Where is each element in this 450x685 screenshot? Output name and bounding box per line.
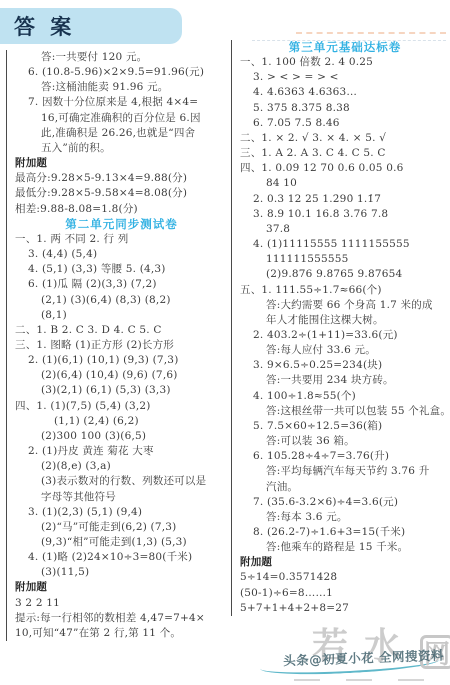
answer-line: 16,可确定准确积的百分位是 6.因: [15, 111, 228, 126]
answer-line: 84 10: [240, 176, 450, 191]
answer-line: 7. 因数十分位原来是 4,根据 4×4=: [15, 95, 228, 110]
watermark-ticks: [294, 679, 424, 681]
answers-column-right: 第三单元基础达标卷一、1. 100 倍数 2. 4 0.253. > < > =…: [231, 40, 450, 616]
answer-line: 二、1. × 2. √ 3. × 4. × 5. √: [240, 131, 450, 146]
answer-page: 答 案 答:一共要付 120 元。6. (10.8-5.96)×2×9.5=91…: [0, 0, 450, 685]
answer-line: 3. (1)(2,3) (5,1) (9,4): [15, 505, 228, 520]
answer-line: 三、1. 图略 (1)正方形 (2)长方形: [15, 338, 228, 353]
answer-line: 答:每人应付 33.6 元。: [240, 343, 450, 358]
answer-line: (8,1): [15, 308, 228, 323]
answer-line: 6. (10.8-5.96)×2×9.5=91.96(元): [15, 65, 228, 80]
answer-line: 最低分:9.28×5-9.58×4=8.08(分): [15, 186, 228, 201]
answer-line: 一、1. 100 倍数 2. 4 0.25: [240, 55, 450, 70]
answer-line: 五、1. 111.55÷1.7≈66(个): [240, 283, 450, 298]
answer-line: (2)“马”可能走到(6,2) (7,3): [15, 520, 228, 535]
answer-line: 答:大约需要 66 个身高 1.7 米的成: [240, 298, 450, 313]
answer-line: 4. (1)11115555 1111155555: [240, 237, 450, 252]
answer-line: 3. 8.9 10.1 16.8 3.76 7.8: [240, 207, 450, 222]
answer-line: 6. 105.28÷4÷7=3.76(升): [240, 449, 450, 464]
answer-line: (2)300 100 (3)(6,5): [15, 429, 228, 444]
answer-line: 6. (1)瓜 隔 (2)(3,3) (7,2): [15, 277, 228, 292]
page-title-banner: 答 案: [0, 8, 182, 44]
answer-line: 3 2 2 11: [15, 596, 228, 611]
answer-line: 5÷14=0.3̇571428̇: [240, 570, 450, 585]
answer-line: (3)(2,1) (6,1) (5,3) (3,3): [15, 383, 228, 398]
bonus-section-label: 附加题: [15, 156, 228, 171]
answer-line: 四、1. (1)(7,5) (5,4) (3,2): [15, 399, 228, 414]
answer-line: 答:平均每辆汽车每天节约 3.76 升: [240, 464, 450, 479]
answer-line: 年人才能围住这棵大树。: [240, 313, 450, 328]
answer-line: 答:每本 3.6 元。: [240, 510, 450, 525]
answer-line: 111111555555: [240, 252, 450, 267]
bonus-section-label: 附加题: [240, 555, 450, 570]
answer-line: (9,3)“相”可能走到(1,3) (5,3): [15, 535, 228, 550]
page-title: 答 案: [0, 11, 75, 41]
answer-line: 2. 0.3 12 25 1.2̇90̇ 1.1̇7̇: [240, 192, 450, 207]
answer-line: 8. (26.2-7)÷1.6+3=15(千米): [240, 525, 450, 540]
section-heading: 第二单元同步测试卷: [15, 217, 228, 232]
answer-line: 四、1. 0.09 12 70 0.6 0.05 0.6: [240, 161, 450, 176]
decorative-dash-line: [296, 32, 446, 34]
answer-line: 五入”前的积。: [15, 141, 228, 156]
answer-line: 此,准确积是 26.26,也就是“四舍: [15, 126, 228, 141]
bonus-section-label: 附加题: [15, 580, 228, 595]
answer-line: 答:这根丝带一共可以包装 55 个礼盒。: [240, 404, 450, 419]
answer-line: 字母等其他符号: [15, 490, 228, 505]
answer-line: 三、1. A 2. A 3. C 4. C 5. C: [240, 146, 450, 161]
answer-line: 提示:每一行相邻的数相差 4,47=7+4×: [15, 611, 228, 626]
answer-line: 汽油。: [240, 480, 450, 495]
answer-line: 4. 4.6363 4.6363…: [240, 85, 450, 100]
answer-line: 4. (5,1) (3,3) 等腰 5. (4,3): [15, 262, 228, 277]
answer-line: 3. (4,4) (5,4): [15, 247, 228, 262]
answer-line: 二、1. B 2. C 3. D 4. C 5. C: [15, 323, 228, 338]
answer-line: 5. 7.5×60÷12.5=36(箱): [240, 419, 450, 434]
answer-line: 4. (1)略 (2)24×10÷3=80(千米): [15, 550, 228, 565]
answer-line: 2. 403.2÷(1+11)=33.6(元): [240, 328, 450, 343]
answer-line: (2,1) (3)(6,4) (8,3) (8,2): [15, 293, 228, 308]
answers-column-left: 答:一共要付 120 元。6. (10.8-5.96)×2×9.5=91.96(…: [6, 50, 228, 641]
answer-line: 答:可以装 36 箱。: [240, 434, 450, 449]
answer-line: 最高分:9.28×5-9.13×4=9.88(分): [15, 171, 228, 186]
answer-line: (1,1) (2,4) (6,2): [15, 414, 228, 429]
answer-line: 5+7+1+4+2+8=27: [240, 601, 450, 616]
answer-line: (3)(11,5): [15, 565, 228, 580]
answer-line: 37.8: [240, 222, 450, 237]
answer-line: 3. 9×6.5÷0.25=234(块): [240, 358, 450, 373]
answer-line: 3. > < > = > <: [240, 70, 450, 85]
answer-line: 相差:9.88-8.08=1.8(分): [15, 202, 228, 217]
section-heading: 第三单元基础达标卷: [240, 40, 450, 55]
answer-line: 2. (1)(6,1) (10,1) (9,3) (7,3): [15, 353, 228, 368]
answer-line: 答:一共要付 120 元。: [15, 50, 228, 65]
answer-line: 答:一共要用 234 块方砖。: [240, 373, 450, 388]
answer-line: 2. (1)丹皮 黄连 菊花 大枣: [15, 444, 228, 459]
answer-line: 一、1. 两 不同 2. 行 列: [15, 232, 228, 247]
answer-line: 7. (35.6-3.2×6)÷4=3.6(元): [240, 495, 450, 510]
answer-line: 答:这桶油能卖 91.96 元。: [15, 80, 228, 95]
answer-line: (2)9.876 9.8765 9.87654: [240, 267, 450, 282]
answer-line: 6. 7.05 7.5 8.46: [240, 116, 450, 131]
answer-line: (2)(8,e) (3,a): [15, 459, 228, 474]
answer-line: (50-1)÷6=8……1: [240, 586, 450, 601]
answer-line: 5. 375 8.3̇75̇ 8.38: [240, 101, 450, 116]
answer-line: 4. 100÷1.8≈55(个): [240, 389, 450, 404]
answer-line: (2)(6,4) (10,4) (9,6) (7,6): [15, 368, 228, 383]
answer-line: 答:他乘车的路程是 15 千米。: [240, 540, 450, 555]
answer-line: 10,可知“47”在第 2 行,第 11 个。: [15, 626, 228, 641]
watermark: 若水 网 头条@初夏小花 全网搜资料: [250, 629, 450, 681]
answer-line: (3)表示数对的行数、列数还可以是: [15, 474, 228, 489]
